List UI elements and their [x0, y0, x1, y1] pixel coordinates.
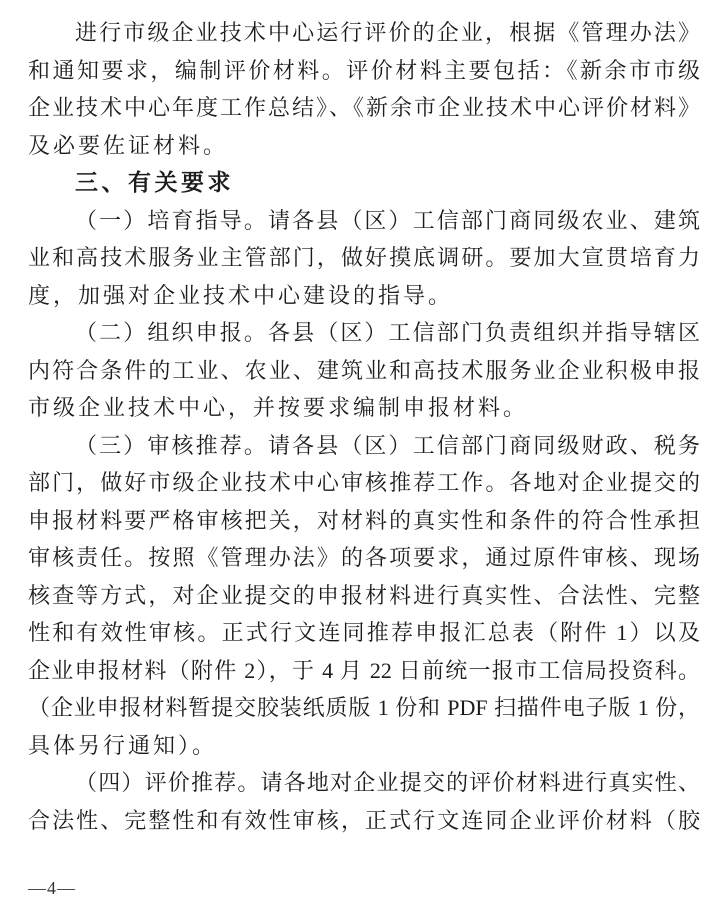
document-line: 内符合条件的工业、农业、建筑业和高技术服务业企业积极申报 [28, 352, 700, 390]
document-line: 及必要佐证材料。 [28, 127, 700, 165]
document-line: 性和有效性审核。正式行文连同推荐申报汇总表（附件 1）以及 [28, 614, 700, 652]
document-line: （企业申报材料暂提交胶装纸质版 1 份和 PDF 扫描件电子版 1 份， [28, 689, 700, 727]
document-line: 企业技术中心年度工作总结》、《新余市企业技术中心评价材料》 [28, 89, 700, 127]
document-line: （三）审核推荐。请各县（区）工信部门商同级财政、税务 [28, 427, 700, 465]
document-line: 市级企业技术中心，并按要求编制申报材料。 [28, 389, 700, 427]
document-line: 申报材料要严格审核把关，对材料的真实性和条件的符合性承担 [28, 502, 700, 540]
document-line: 合法性、完整性和有效性审核，正式行文连同企业评价材料（胶 [28, 802, 700, 840]
document-line: （一）培育指导。请各县（区）工信部门商同级农业、建筑 [28, 202, 700, 240]
document-line: （四）评价推荐。请各地对企业提交的评价材料进行真实性、 [28, 764, 700, 802]
document-line: 业和高技术服务业主管部门，做好摸底调研。要加大宣贯培育力 [28, 239, 700, 277]
document-line: 度，加强对企业技术中心建设的指导。 [28, 277, 700, 315]
document-line: 核查等方式，对企业提交的申报材料进行真实性、合法性、完整 [28, 577, 700, 615]
document-line: 具体另行通知）。 [28, 727, 700, 765]
document-page: 进行市级企业技术中心运行评价的企业，根据《管理办法》 和通知要求，编制评价材料。… [0, 0, 728, 924]
page-number: —4— [28, 878, 76, 899]
document-line: 部门，做好市级企业技术中心审核推荐工作。各地对企业提交的 [28, 464, 700, 502]
document-line: （二）组织申报。各县（区）工信部门负责组织并指导辖区 [28, 314, 700, 352]
document-line: 审核责任。按照《管理办法》的各项要求，通过原件审核、现场 [28, 539, 700, 577]
document-body: 进行市级企业技术中心运行评价的企业，根据《管理办法》 和通知要求，编制评价材料。… [28, 14, 700, 839]
section-heading-line: 三、有关要求 [28, 164, 700, 202]
document-line: 企业申报材料（附件 2），于 4 月 22 日前统一报市工信局投资科。 [28, 652, 700, 690]
document-line: 进行市级企业技术中心运行评价的企业，根据《管理办法》 [28, 14, 700, 52]
document-line: 和通知要求，编制评价材料。评价材料主要包括：《新余市市级 [28, 52, 700, 90]
